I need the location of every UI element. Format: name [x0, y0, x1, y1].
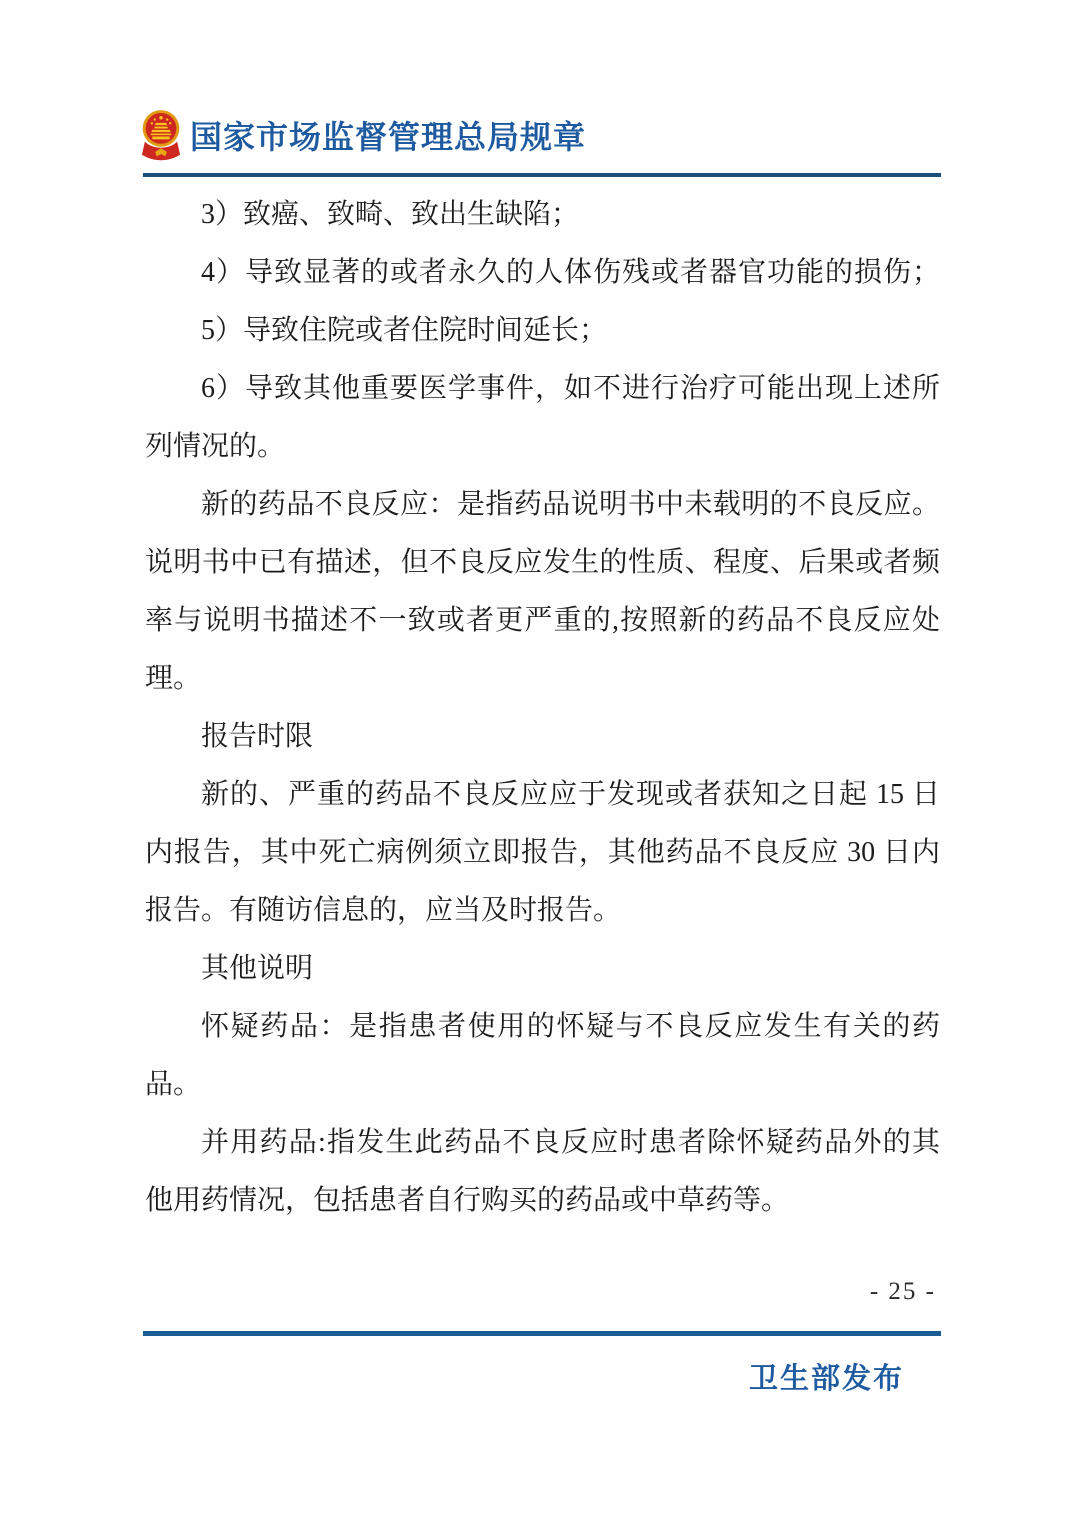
text-line: 6）导致其他重要医学事件，如不进行治疗可能出现上述所: [145, 360, 940, 418]
header-title: 国家市场监督管理总局规章: [190, 112, 586, 158]
text-line: 报告。有随访信息的，应当及时报告。: [145, 882, 940, 940]
china-national-emblem-icon: [139, 108, 183, 162]
document-header: 国家市场监督管理总局规章: [139, 107, 586, 163]
text-line: 理。: [145, 650, 940, 708]
text-line: 列情况的。: [145, 418, 940, 476]
footer-rule: [143, 1331, 941, 1336]
text-line: 新的、严重的药品不良反应应于发现或者获知之日起 15 日: [145, 766, 940, 824]
text-line: 并用药品:指发生此药品不良反应时患者除怀疑药品外的其: [145, 1114, 940, 1172]
text-line: 率与说明书描述不一致或者更严重的,按照新的药品不良反应处: [145, 592, 940, 650]
text-line: 说明书中已有描述，但不良反应发生的性质、程度、后果或者频: [145, 534, 940, 592]
text-line: 品。: [145, 1056, 940, 1114]
text-line: 新的药品不良反应：是指药品说明书中未载明的不良反应。: [145, 476, 940, 534]
text-line: 5）导致住院或者住院时间延长；: [145, 302, 940, 360]
text-line: 报告时限: [145, 708, 940, 766]
text-line: 3）致癌、致畸、致出生缺陷；: [145, 186, 940, 244]
text-line: 他用药情况，包括患者自行购买的药品或中草药等。: [145, 1172, 940, 1230]
header-rule: [143, 173, 941, 177]
text-line: 怀疑药品：是指患者使用的怀疑与不良反应发生有关的药: [145, 998, 940, 1056]
publisher-label: 卫生部发布: [749, 1356, 904, 1397]
text-line: 内报告，其中死亡病例须立即报告，其他药品不良反应 30 日内: [145, 824, 940, 882]
page-number: - 25 -: [870, 1278, 936, 1306]
document-body: 3）致癌、致畸、致出生缺陷；4）导致显著的或者永久的人体伤残或者器官功能的损伤；…: [145, 186, 940, 1230]
text-line: 其他说明: [145, 940, 940, 998]
document-page: 国家市场监督管理总局规章 3）致癌、致畸、致出生缺陷；4）导致显著的或者永久的人…: [0, 0, 1074, 1520]
text-line: 4）导致显著的或者永久的人体伤残或者器官功能的损伤；: [145, 244, 940, 302]
